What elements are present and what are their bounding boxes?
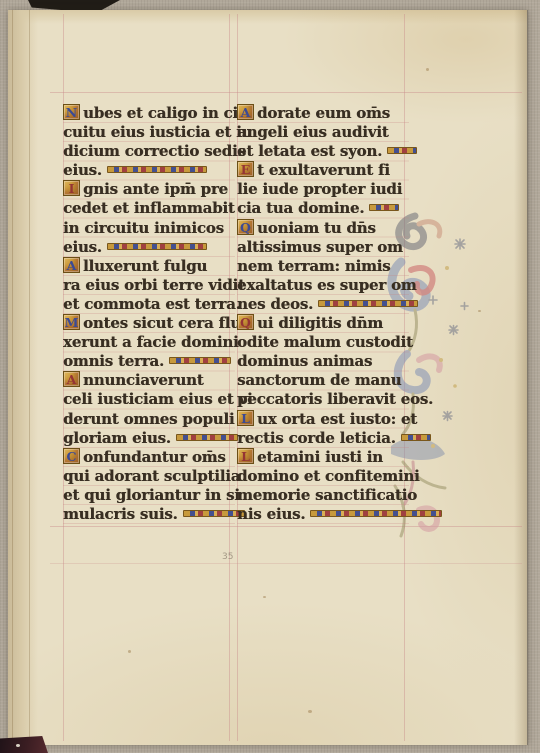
parchment-speck bbox=[263, 596, 266, 598]
illuminated-initial: C bbox=[63, 448, 80, 464]
text-line: Annunciaverunt bbox=[63, 371, 235, 390]
text-line: peccatoris liberavit eos. bbox=[237, 390, 409, 409]
psalm-verse: Alluxerunt fulgura eius orbi terre vidit… bbox=[63, 257, 235, 314]
text-line: Montes sicut cera flu bbox=[63, 314, 235, 333]
illuminated-initial: M bbox=[63, 314, 80, 330]
text-line: cia tua domine. bbox=[237, 199, 409, 218]
text-line: omnis terra. bbox=[63, 352, 235, 371]
text-line: odite malum custodit bbox=[237, 333, 409, 352]
text-line: Adorate eum om̄s bbox=[237, 104, 409, 123]
ruling-line-horizontal bbox=[50, 563, 522, 564]
illuminated-initial: I bbox=[63, 180, 80, 196]
illuminated-initial: E bbox=[237, 161, 254, 177]
illuminated-initial: Q bbox=[237, 219, 254, 235]
text-line: Ignis ante ipm̄ pre bbox=[63, 180, 235, 199]
page-right-edge bbox=[514, 10, 528, 745]
line-filler-ornament bbox=[176, 434, 238, 441]
text-line: derunt omnes populi bbox=[63, 410, 235, 429]
illuminated-initial: A bbox=[63, 371, 80, 387]
photo-background: Nubes et caligo in circuitu eius iustici… bbox=[0, 0, 540, 753]
text-line: Quoniam tu dn̄s bbox=[237, 219, 409, 238]
text-line: et commota est terra. bbox=[63, 295, 235, 314]
page-gutter-edge bbox=[8, 10, 38, 745]
text-line: eius. bbox=[63, 238, 235, 257]
psalm-verse: Annunciaveruntceli iusticiam eius et vid… bbox=[63, 371, 235, 447]
text-line: Lux orta est iusto: et bbox=[237, 410, 409, 429]
psalm-verse: Ignis ante ipm̄ precedet et inflammabiti… bbox=[63, 180, 235, 256]
text-line: domino et confitemini bbox=[237, 467, 409, 486]
text-line: lie iude propter iudi bbox=[237, 180, 409, 199]
text-line: xerunt a facie domini bbox=[63, 333, 235, 352]
folio-number: 35 bbox=[222, 552, 233, 562]
psalm-verse: Adorate eum om̄sangeli eius audivitet le… bbox=[237, 104, 409, 161]
line-filler-ornament bbox=[369, 204, 399, 211]
illuminated-initial: L bbox=[237, 448, 254, 464]
parchment-speck bbox=[426, 68, 429, 71]
line-filler-ornament bbox=[318, 300, 418, 307]
text-line: angeli eius audivit bbox=[237, 123, 409, 142]
text-line: Confundantur om̄s bbox=[63, 448, 235, 467]
illuminated-initial: L bbox=[237, 410, 254, 426]
text-line: dicium correctio sedis bbox=[63, 142, 235, 161]
line-filler-ornament bbox=[107, 243, 207, 250]
text-line: exaltatus es super om bbox=[237, 276, 409, 295]
psalm-verse: Quoniam tu dn̄saltissimus super omnem te… bbox=[237, 219, 409, 314]
binding-bottom-speck bbox=[16, 744, 20, 747]
text-line: cedet et inflammabit bbox=[63, 199, 235, 218]
binding-bottom-corner bbox=[0, 736, 48, 753]
text-line: et letata est syon. bbox=[237, 142, 409, 161]
line-filler-ornament bbox=[169, 357, 231, 364]
text-line: Et exultaverunt fi bbox=[237, 161, 409, 180]
text-line: in circuitu inimicos bbox=[63, 219, 235, 238]
text-line: rectis corde leticia. bbox=[237, 429, 409, 448]
text-line: Nubes et caligo in cir bbox=[63, 104, 235, 123]
parchment-speck bbox=[128, 650, 131, 653]
psalm-verse: Confundantur om̄squi adorant sculptiliae… bbox=[63, 448, 235, 524]
text-column-right: Adorate eum om̄sangeli eius audivitet le… bbox=[237, 104, 409, 524]
psalm-verse: Montes sicut cera fluxerunt a facie domi… bbox=[63, 314, 235, 371]
text-line: Alluxerunt fulgu bbox=[63, 257, 235, 276]
illuminated-initial: N bbox=[63, 104, 80, 120]
text-line: gloriam eius. bbox=[63, 429, 235, 448]
text-line: ra eius orbi terre vidit bbox=[63, 276, 235, 295]
psalm-verse: Letamini iusti indomino et confiteminime… bbox=[237, 448, 409, 524]
line-filler-ornament bbox=[107, 166, 207, 173]
text-line: mulacris suis. bbox=[63, 505, 235, 524]
text-line: celi iusticiam eius et vi bbox=[63, 390, 235, 409]
text-column-left: Nubes et caligo in circuitu eius iustici… bbox=[63, 104, 235, 524]
text-line: Qui diligitis dn̄m bbox=[237, 314, 409, 333]
manuscript-page: Nubes et caligo in circuitu eius iustici… bbox=[8, 10, 528, 745]
text-line: sanctorum de manu bbox=[237, 371, 409, 390]
text-line: altissimus super om bbox=[237, 238, 409, 257]
illuminated-initial: A bbox=[237, 104, 254, 120]
text-line: et qui gloriantur in si bbox=[63, 486, 235, 505]
line-filler-ornament bbox=[401, 434, 431, 441]
ruling-line-horizontal bbox=[50, 92, 522, 93]
illuminated-initial: A bbox=[63, 257, 80, 273]
text-line: Letamini iusti in bbox=[237, 448, 409, 467]
psalm-verse: Qui diligitis dn̄modite malum custoditdo… bbox=[237, 314, 409, 409]
text-line: nes deos. bbox=[237, 295, 409, 314]
text-line: dominus animas bbox=[237, 352, 409, 371]
text-line: eius. bbox=[63, 161, 235, 180]
illuminated-initial: Q bbox=[237, 314, 254, 330]
parchment-speck bbox=[308, 710, 312, 713]
text-line: memorie sanctificatio bbox=[237, 486, 409, 505]
psalm-verse: Nubes et caligo in circuitu eius iustici… bbox=[63, 104, 235, 180]
psalm-verse: Lux orta est iusto: etrectis corde letic… bbox=[237, 410, 409, 448]
parchment-speck bbox=[478, 310, 481, 312]
text-line: cuitu eius iusticia et iu bbox=[63, 123, 235, 142]
text-line: nem terram: nimis bbox=[237, 257, 409, 276]
psalm-verse: Et exultaverunt filie iude propter iudic… bbox=[237, 161, 409, 218]
text-line: nis eius. bbox=[237, 505, 409, 524]
line-filler-ornament bbox=[310, 510, 442, 517]
line-filler-ornament bbox=[387, 147, 417, 154]
text-line: qui adorant sculptilia bbox=[63, 467, 235, 486]
line-filler-ornament bbox=[183, 510, 245, 517]
